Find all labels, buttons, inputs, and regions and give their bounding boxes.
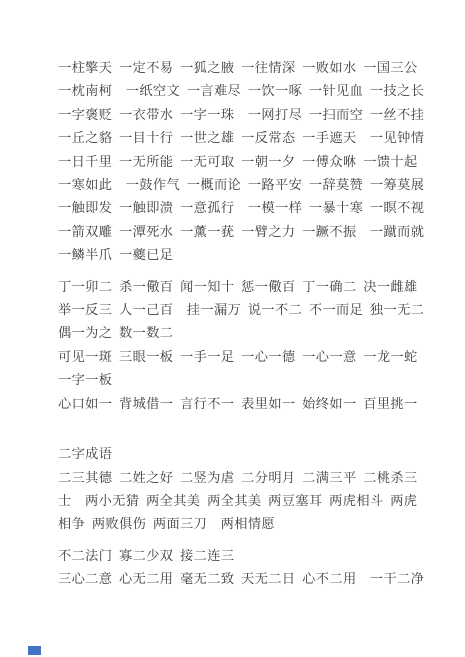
idiom-line: 一日千里 一无所能 一无可取 一朝一夕 一傅众咻 一馈十起	[58, 150, 418, 173]
idiom-line: 一触即发 一触即溃 一意孤行 一模一样 一暴十寒 一瞑不视	[58, 196, 418, 219]
document-page: 一柱擎天 一定不易 一狐之腋 一往情深 一败如水 一国三公 一枕南柯 一纸空文 …	[0, 0, 465, 657]
idiom-line: 不二法门 寡二少双 接二连三	[58, 544, 418, 567]
idiom-line: 一寒如此 一鼓作气 一概而论 一路平安 一辞莫赞 一筹莫展	[58, 173, 418, 196]
idiom-line: 一柱擎天 一定不易 一狐之腋 一往情深 一败如水 一国三公	[58, 56, 418, 79]
idiom-line: 一枕南柯 一纸空文 一言难尽 一饮一啄 一针见血 一技之长	[58, 79, 418, 102]
idiom-line: 相争 两败俱伤 两面三刀 两相情愿	[58, 512, 418, 535]
idiom-list: 一柱擎天 一定不易 一狐之腋 一往情深 一败如水 一国三公 一枕南柯 一纸空文 …	[58, 56, 418, 591]
idiom-line: 偶一为之 数一数二	[58, 321, 418, 344]
idiom-line: 三心二意 心无二用 毫无二致 天无二日 心不二用 一干二净	[58, 567, 418, 590]
idiom-line: 心口如一 背城借一 言行不一 表里如一 始终如一 百里挑一	[58, 392, 418, 415]
idiom-line: 一字一板	[58, 368, 418, 391]
blue-corner-marker-icon	[28, 646, 41, 655]
idiom-line: 举一反三 人一己百 挂一漏万 说一不二 不一而足 独一无二	[58, 298, 418, 321]
idiom-line: 士 两小无猜 两全其美 两全其美 两豆塞耳 两虎相斗 两虎	[58, 489, 418, 512]
idiom-line: 一鳞半爪 一夔已足	[58, 243, 418, 266]
idiom-line: 丁一卯二 杀一儆百 闻一知十 惩一儆百 丁一确二 决一雌雄	[58, 275, 418, 298]
idiom-line: 可见一斑 三眼一板 一手一足 一心一德 一心一意 一龙一蛇	[58, 345, 418, 368]
section-heading: 二字成语	[58, 442, 418, 465]
idiom-line: 一字褒贬 一衣带水 一字一珠 一网打尽 一扫而空 一丝不挂	[58, 103, 418, 126]
idiom-line: 二三其德 二姓之好 二竖为虐 二分明月 二满三平 二桃杀三	[58, 466, 418, 489]
idiom-line: 一丘之貉 一目十行 一世之雄 一反常态 一手遮天 一见钟情	[58, 126, 418, 149]
idiom-line: 一箭双雕 一潭死水 一薰一莸 一臂之力 一蹶不振 一蹴而就	[58, 220, 418, 243]
